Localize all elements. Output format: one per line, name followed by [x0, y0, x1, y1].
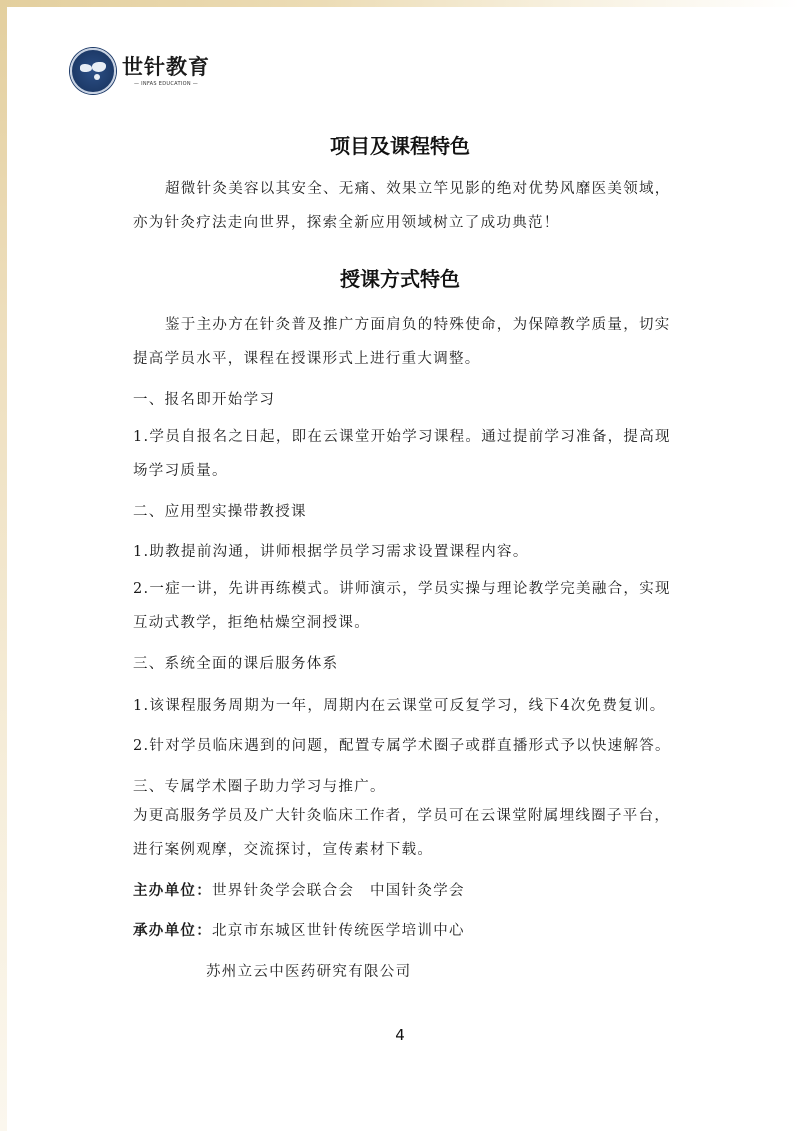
- section-title-teaching-features: 授课方式特色: [0, 263, 800, 292]
- host-value: 世界针灸学会联合会 中国针灸学会: [212, 883, 465, 899]
- undertaker-label: 承办单位：: [133, 923, 212, 939]
- globe-icon: [70, 48, 116, 94]
- item-heading-3: 三、系统全面的课后服务体系: [133, 652, 338, 673]
- item-3-point-1: 1.该课程服务周期为一年，周期内在云课堂可反复学习，线下4次免费复训。: [133, 694, 666, 715]
- item-heading-2: 二、应用型实操带教授课: [133, 500, 307, 521]
- undertaker-organizers: 承办单位：北京市东城区世针传统医学培训中心: [133, 919, 465, 940]
- logo-name-cn: 世针教育: [122, 55, 210, 79]
- paragraph-teaching-intro: 鉴于主办方在针灸普及推广方面肩负的特殊使命，为保障教学质量，切实提高学员水平，课…: [133, 308, 673, 376]
- section-title-project-features: 项目及课程特色: [0, 130, 800, 159]
- logo-text: 世针教育 — INFAS EDUCATION —: [122, 55, 210, 87]
- item-4-point-1: 为更高服务学员及广大针灸临床工作者，学员可在云课堂附属埋线圈子平台，进行案例观摩…: [133, 799, 673, 867]
- scan-edge-top: [0, 0, 800, 7]
- item-3-point-2: 2.针对学员临床遇到的问题，配置专属学术圈子或群直播形式予以快速解答。: [133, 734, 671, 755]
- undertaker-value-1: 北京市东城区世针传统医学培训中心: [212, 923, 465, 939]
- host-organizers: 主办单位：世界针灸学会联合会 中国针灸学会: [133, 879, 465, 900]
- item-heading-1: 一、报名即开始学习: [133, 388, 275, 409]
- item-heading-4: 三、专属学术圈子助力学习与推广。: [133, 775, 386, 796]
- paragraph-project-intro: 超微针灸美容以其安全、无痛、效果立竿见影的绝对优势风靡医美领域，亦为针灸疗法走向…: [133, 172, 673, 240]
- logo: 世针教育 — INFAS EDUCATION —: [70, 48, 210, 94]
- item-2-point-2: 2.一症一讲，先讲再练模式。讲师演示，学员实操与理论教学完美融合，实现互动式教学…: [133, 572, 673, 640]
- page-number: 4: [0, 1026, 800, 1044]
- host-label: 主办单位：: [133, 883, 212, 899]
- scan-edge-left: [0, 0, 7, 1131]
- logo-name-en: — INFAS EDUCATION —: [134, 81, 198, 87]
- item-2-point-1: 1.助教提前沟通，讲师根据学员学习需求设置课程内容。: [133, 540, 529, 561]
- undertaker-value-2: 苏州立云中医药研究有限公司: [206, 960, 411, 981]
- item-1-point-1: 1.学员自报名之日起，即在云课堂开始学习课程。通过提前学习准备，提高现场学习质量…: [133, 420, 673, 488]
